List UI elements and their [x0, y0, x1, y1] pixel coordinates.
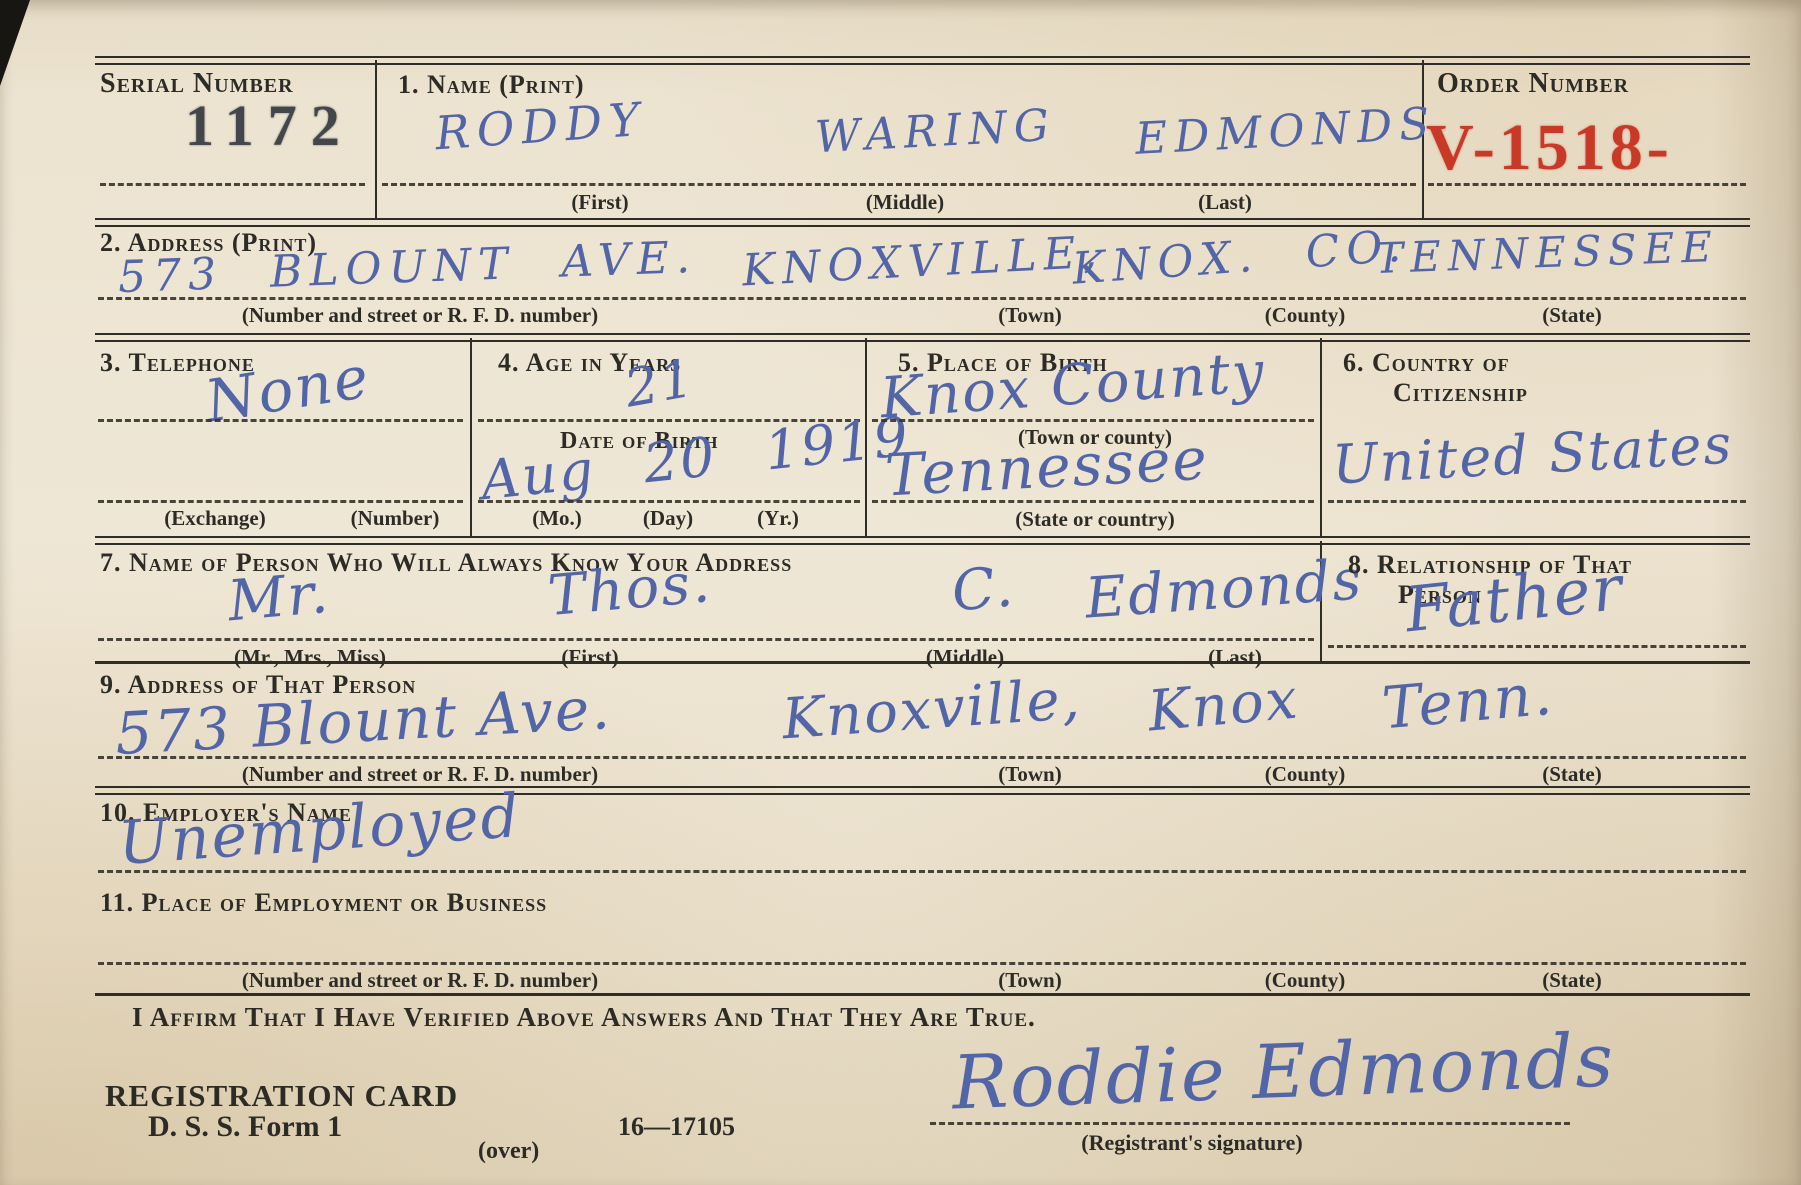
divider-birth-citizenship [1320, 338, 1322, 536]
contact-address-write-line [98, 756, 1746, 759]
contact-address-state-handwriting: Tenn. [1380, 665, 1556, 738]
employment-street-sublabel: (Number and street or R. F. D. number) [242, 968, 598, 993]
birthplace-line-2 [872, 500, 1314, 503]
age-line-2 [478, 500, 860, 503]
rule-row1-bottom [95, 218, 1750, 227]
order-write-line [1428, 183, 1746, 186]
divider-tel-age [470, 338, 472, 536]
age-handwriting: 21 [621, 352, 699, 415]
address-town-handwriting: Knoxville, [741, 231, 1105, 294]
employment-town-sublabel: (Town) [998, 968, 1061, 993]
dob-day-sublabel: (Day) [643, 506, 693, 531]
registrant-signature-handwriting: Roddie Edmonds [951, 1023, 1616, 1120]
contact-address-county-handwriting: Knox [1146, 672, 1302, 741]
rule-row2-bottom [95, 333, 1750, 342]
name-middle-sublabel: (Middle) [866, 190, 944, 215]
address-county-sublabel: (County) [1265, 303, 1346, 328]
signature-line [930, 1122, 1570, 1125]
rule-top [95, 56, 1750, 65]
footer-title: REGISTRATION CARD [105, 1078, 458, 1114]
footer-print-code: 16—17105 [618, 1112, 735, 1142]
dob-year-sublabel: (Yr.) [757, 506, 799, 531]
contact-address-street-sublabel: (Number and street or R. F. D. number) [242, 762, 598, 787]
address-street-sublabel: (Number and street or R. F. D. number) [242, 303, 598, 328]
footer-over-note: (over) [478, 1138, 539, 1165]
rule-above-affirmation [95, 993, 1750, 996]
affirmation-text: I Affirm That I Have Verified Above Answ… [132, 1002, 1036, 1033]
serial-number-stamp: 1172 [185, 92, 354, 159]
serial-write-line [100, 183, 365, 186]
employment-county-sublabel: (County) [1265, 968, 1346, 993]
name-last-handwriting: Edmonds [1134, 102, 1437, 162]
contact-title-sublabel: (Mr., Mrs., Miss) [234, 645, 386, 670]
order-number-stamp: V-1518- [1426, 110, 1673, 186]
scan-corner-artifact [0, 0, 30, 86]
name-first-sublabel: (First) [571, 190, 628, 215]
birthplace-line-1 [872, 419, 1314, 422]
employer-write-line [98, 870, 1746, 873]
contact-address-state-sublabel: (State) [1542, 762, 1601, 787]
birthplace-state-sublabel: (State or country) [1015, 507, 1174, 532]
employment-place-label: 11. Place of Employment or Business [100, 888, 547, 918]
name-middle-handwriting: Waring [814, 104, 1057, 161]
telephone-line-1 [98, 419, 463, 422]
contact-address-county-sublabel: (County) [1265, 762, 1346, 787]
telephone-line-2 [98, 500, 463, 503]
contact-last-handwriting: Edmonds [1083, 552, 1364, 627]
signature-sublabel: (Registrant's signature) [1081, 1130, 1302, 1156]
order-number-label: Order Number [1437, 68, 1629, 100]
contact-first-sublabel: (First) [561, 645, 618, 670]
contact-first-handwriting: Thos. [546, 555, 714, 625]
telephone-number-sublabel: (Number) [351, 506, 440, 531]
contact-middle-sublabel: (Middle) [926, 645, 1004, 670]
contact-last-sublabel: (Last) [1208, 645, 1262, 670]
footer-form-number: D. S. S. Form 1 [148, 1110, 342, 1144]
employment-place-write-line [98, 962, 1746, 965]
citizenship-label-line2: Citizenship [1393, 378, 1528, 408]
telephone-exchange-sublabel: (Exchange) [164, 506, 266, 531]
date-of-birth-handwriting: Aug 20 1919 [478, 410, 912, 509]
contact-write-line [98, 638, 1314, 641]
name-label: 1. Name (Print) [398, 70, 584, 100]
birthplace-state-handwriting: Tennessee [884, 430, 1210, 505]
address-state-sublabel: (State) [1542, 303, 1601, 328]
dob-month-sublabel: (Mo.) [532, 506, 582, 531]
citizenship-handwriting: United States [1331, 418, 1734, 493]
name-first-handwriting: Roddy [434, 96, 648, 157]
relationship-line [1328, 645, 1746, 648]
citizenship-label-line1: 6. Country of [1343, 348, 1510, 378]
address-town-sublabel: (Town) [998, 303, 1061, 328]
registration-card-scan: Serial Number 1172 1. Name (Print) Roddy… [0, 0, 1801, 1185]
relationship-handwriting: Father [1402, 557, 1626, 642]
contact-middle-handwriting: C. [950, 559, 1017, 620]
address-county-handwriting: Knox. Co. [1071, 224, 1409, 291]
address-state-handwriting: Tennessee [1374, 226, 1719, 280]
divider-serial-name [375, 60, 377, 218]
employment-state-sublabel: (State) [1542, 968, 1601, 993]
citizenship-line [1328, 500, 1746, 503]
address-write-line [98, 297, 1746, 300]
rule-row3-bottom [95, 536, 1750, 545]
name-write-line [382, 183, 1416, 186]
contact-address-town-sublabel: (Town) [998, 762, 1061, 787]
contact-address-town-handwriting: Knoxville, [780, 672, 1083, 749]
contact-title-handwriting: Mr. [226, 566, 332, 631]
name-last-sublabel: (Last) [1198, 190, 1252, 215]
